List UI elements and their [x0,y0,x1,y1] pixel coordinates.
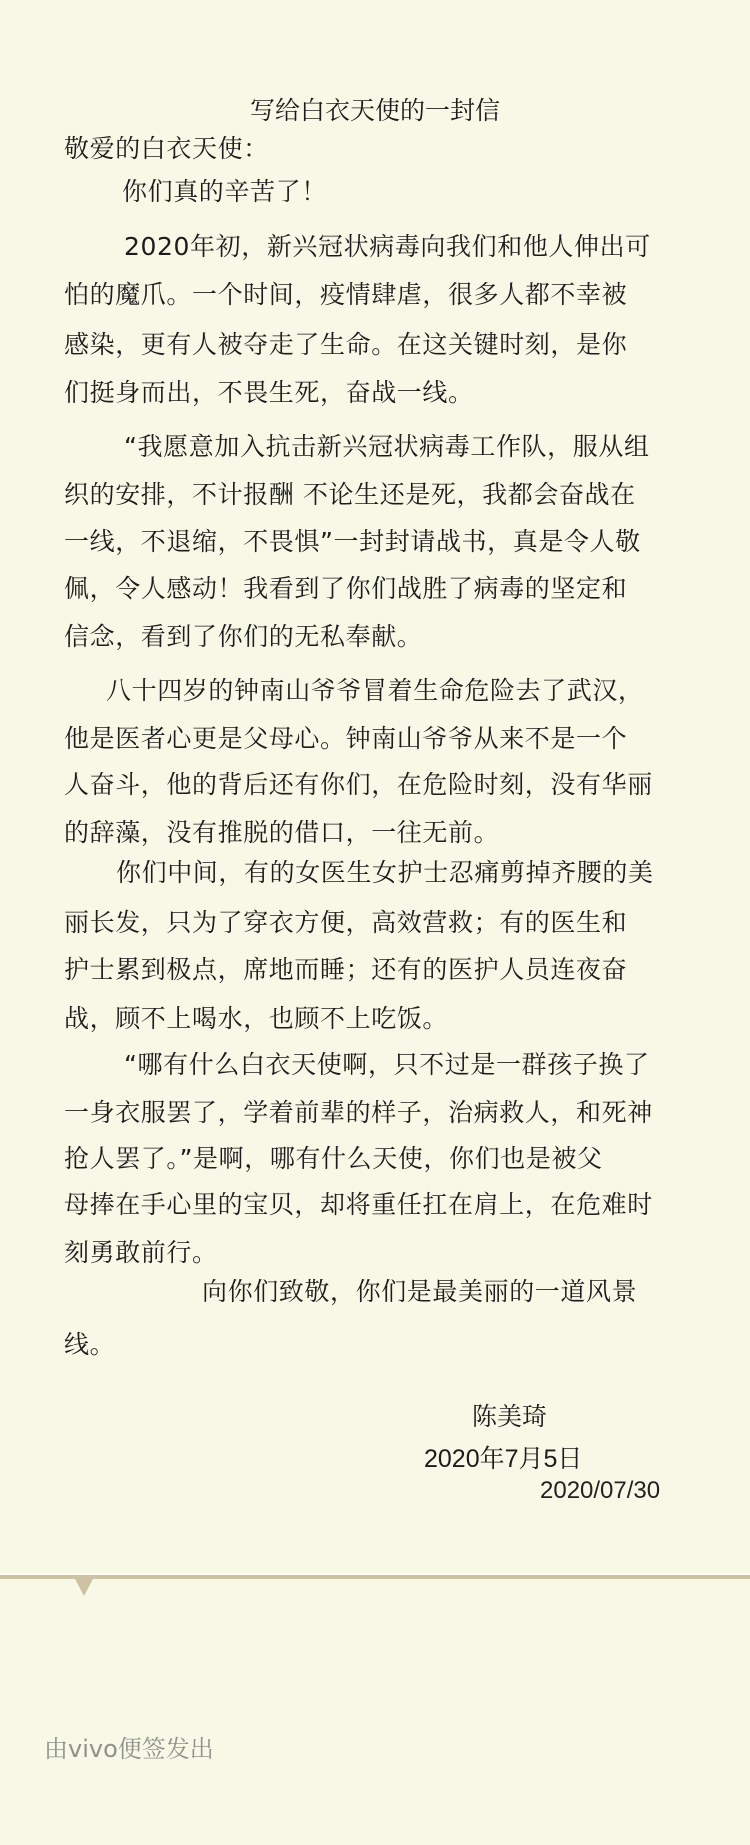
letter-line: 他是医者心更是父母心。钟南山爷爷从来不是一个 [64,724,627,754]
letter-line: “我愿意加入抗击新兴冠状病毒工作队，服从组 [124,432,650,462]
letter-line: 一线，不退缩，不畏惧”一封封请战书，真是令人敬 [64,527,641,557]
note-timestamp: 2020/07/30 [540,1476,660,1506]
letter-line: 八十四岁的钟南山爷爷冒着生命危险去了武汉， [106,676,644,706]
letter-line: 2020年初，新兴冠状病毒向我们和他人伸出可 [124,232,651,262]
letter-line: 抢人罢了。”是啊，哪有什么天使，你们也是被父 [64,1144,603,1174]
letter-line: 线。 [64,1330,115,1360]
letter-line: 母捧在手心里的宝贝，却将重任扛在肩上，在危难时 [64,1190,653,1220]
letter-line: 织的安排，不计报酬 不论生还是死，我都会奋战在 [64,480,636,510]
letter-line: 向你们致敬，你们是最美丽的一道风景 [202,1277,637,1307]
pointer-triangle-icon [74,1577,94,1596]
letter-line: 刻勇敢前行。 [64,1238,218,1268]
letter-line: 丽长发，只为了穿衣方便，高效营救；有的医生和 [64,908,627,938]
letter-line: “哪有什么白衣天使啊，只不过是一群孩子换了 [124,1050,650,1080]
letter-line: 护士累到极点，席地而睡；还有的医护人员连夜奋 [64,955,627,985]
letter-line: 感染，更有人被夺走了生命。在这关键时刻，是你 [64,330,627,360]
divider-line [0,1573,750,1579]
letter-line: 们挺身而出，不畏生死，奋战一线。 [64,378,474,408]
letter-line: 信念，看到了你们的无私奉献。 [64,622,422,652]
letter-line: 的辞藻，没有推脱的借口，一往无前。 [64,818,499,848]
letter-line: 人奋斗，他的背后还有你们，在危险时刻，没有华丽 [64,770,653,800]
letter-line: 战，顾不上喝水，也顾不上吃饭。 [64,1004,448,1034]
share-source-footer: 由vivo便签发出 [44,1734,214,1764]
letter-line: 一身衣服罢了，学着前辈的样子，治病救人，和死神 [64,1098,653,1128]
letter-line: 怕的魔爪。一个时间，疫情肆虐，很多人都不幸被 [64,280,627,310]
salutation: 敬爱的白衣天使： [64,134,269,164]
letter-line: 佩，令人感动！我看到了你们战胜了病毒的坚定和 [64,574,627,604]
letter-line: 你们真的辛苦了！ [122,177,327,207]
signature-date: 2020年7月5日 [424,1444,582,1474]
signature-name: 陈美琦 [472,1402,547,1432]
letter-title: 写给白衣天使的一封信 [0,96,750,126]
letter-line: 你们中间，有的女医生女护士忍痛剪掉齐腰的美 [116,858,654,888]
